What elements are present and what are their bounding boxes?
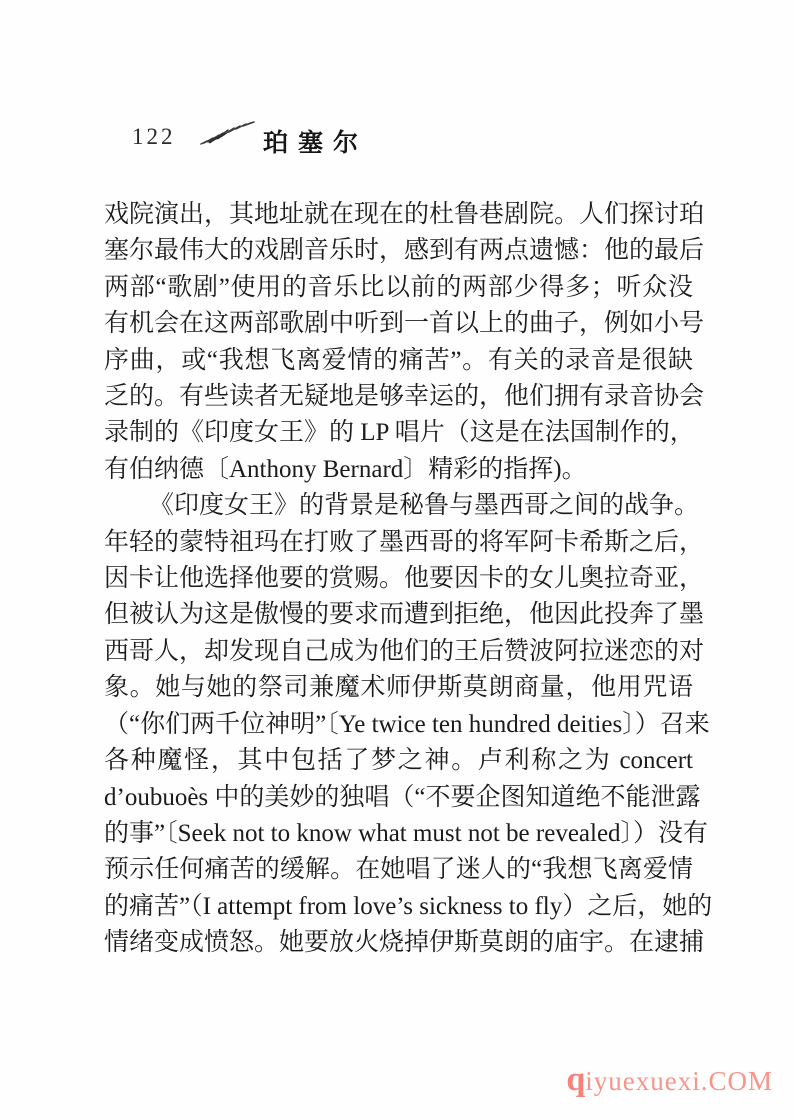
text-line: 录制的《印度女王》的 LP 唱片（这是在法国制作的， (104, 415, 693, 451)
paragraph-2: 《印度女王》的背景是秘鲁与墨西哥之间的战争。 年轻的蒙特祖玛在打败了墨西哥的将军… (104, 488, 693, 961)
text-line: 但被认为这是傲慢的要求而遭到拒绝，他因此投奔了墨 (104, 597, 693, 633)
text-line: 情绪变成愤怒。她要放火烧掉伊斯莫朗的庙宇。在逮捕 (104, 925, 693, 961)
paragraph-1: 戏院演出，其地址就在现在的杜鲁巷剧院。人们探讨珀 塞尔最伟大的戏剧音乐时，感到有… (104, 197, 693, 488)
text-line: 戏院演出，其地址就在现在的杜鲁巷剧院。人们探讨珀 (104, 197, 693, 233)
text-line: 象。她与她的祭司兼魔术师伊斯莫朗商量，他用咒语 (104, 670, 693, 706)
book-page: 122 珀塞尔 戏院演出，其地址就在现在的杜鲁巷剧院。人们探讨珀 塞尔最伟大的戏… (0, 0, 794, 1120)
page-number: 122 (132, 124, 176, 150)
text-line: 两部“歌剧”使用的音乐比以前的两部少得多；听众没 (104, 270, 693, 306)
quill-scribble-icon (196, 118, 258, 150)
watermark: qiyuexuexi.COM (566, 1063, 773, 1097)
text-line: （“你们两千位神明”〔Ye twice ten hundred deities〕… (104, 707, 693, 743)
text-line: 有机会在这两部歌剧中听到一首以上的曲子，例如小号 (104, 306, 693, 342)
text-line: 年轻的蒙特祖玛在打败了墨西哥的将军阿卡希斯之后， (104, 525, 693, 561)
text-line: 有伯纳德〔Anthony Bernard〕精彩的指挥)。 (104, 452, 693, 488)
text-line: d’oubuoès 中的美妙的独唱（“不要企图知道绝不能泄露 (104, 780, 693, 816)
text-line: 各种魔怪，其中包括了梦之神。卢利称之为 concert (104, 743, 693, 779)
text-line: 《印度女王》的背景是秘鲁与墨西哥之间的战争。 (104, 488, 693, 524)
text-line: 预示任何痛苦的缓解。在她唱了迷人的“我想飞离爱情 (104, 852, 693, 888)
text-line: 序曲，或“我想飞离爱情的痛苦”。有关的录音是很缺 (104, 343, 693, 379)
watermark-name: iyuexuexi (585, 1066, 700, 1096)
text-line: 的事”〔Seek not to know what must not be re… (104, 816, 693, 852)
text-line: 因卡让他选择他要的赏赐。他要因卡的女儿奥拉奇亚， (104, 561, 693, 597)
text-line: 西哥人，却发现自己成为他们的王后赞波阿拉迷恋的对 (104, 634, 693, 670)
text-line: 乏的。有些读者无疑地是够幸运的，他们拥有录音协会 (104, 379, 693, 415)
text-line: 塞尔最伟大的戏剧音乐时，感到有两点遗憾：他的最后 (104, 233, 693, 269)
header-title: 珀塞尔 (263, 123, 368, 159)
text-line: 的痛苦”（I attempt from love’s sickness to f… (104, 889, 693, 925)
watermark-initial: q (566, 1061, 585, 1098)
body-text: 戏院演出，其地址就在现在的杜鲁巷剧院。人们探讨珀 塞尔最伟大的戏剧音乐时，感到有… (104, 197, 693, 962)
watermark-domain: .COM (701, 1066, 773, 1096)
